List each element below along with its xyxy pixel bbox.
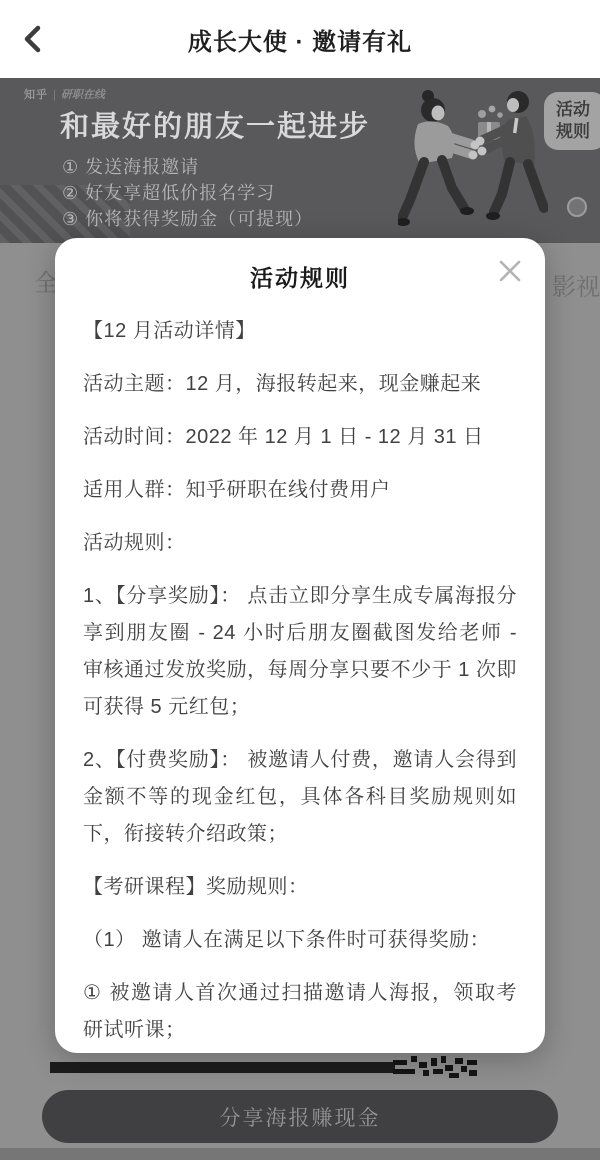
page-title: 成长大使 · 邀请有礼 [0,22,600,57]
close-icon[interactable] [497,258,523,284]
rules-paragraph: 【考研课程】奖励规则： [83,869,517,906]
banner-step-3: ③ 你将获得奖励金（可提现） [62,206,313,232]
logo-divider: | [53,89,56,101]
coin-icon [567,197,587,217]
product-logo: 研职在线 [61,89,105,101]
app-screen: 成长大使 · 邀请有礼 知乎|研职在线 和最好的朋友一起进步 ① 发送海报邀请 … [0,0,600,1160]
rules-paragraph: （1） 邀请人在满足以下条件时可获得奖励： [83,922,517,959]
rules-paragraph: 2、【付费奖励】： 被邀请人付费，邀请人会得到金额不等的现金红包，具体各科目奖励… [83,742,517,853]
bottom-band [0,1148,600,1160]
banner-step-1: ① 发送海报邀请 [62,154,313,180]
tab-video-editing[interactable]: 影视后期 [552,267,600,302]
banner-step-2: ② 好友享超低价报名学习 [62,180,313,206]
rules-paragraph: 适用人群：知乎研职在线付费用户 [83,472,517,509]
banner-illustration [398,80,548,240]
poster-edge-strip [50,1062,395,1073]
rules-paragraph: 活动规则： [83,525,517,562]
banner-steps: ① 发送海报邀请 ② 好友享超低价报名学习 ③ 你将获得奖励金（可提现） [62,154,313,232]
rules-paragraph: ① 被邀请人首次通过扫描邀请人海报，领取考研试听课； [83,975,517,1049]
rules-paragraph: 活动时间：2022 年 12 月 1 日 - 12 月 31 日 [83,419,517,456]
modal-body: 【12 月活动详情】 活动主题：12 月，海报转起来，现金赚起来 活动时间：20… [83,313,517,1049]
rules-paragraph: 1、【分享奖励】： 点击立即分享生成专属海报分享到朋友圈 - 24 小时后朋友圈… [83,578,517,726]
promo-banner: 知乎|研职在线 和最好的朋友一起进步 ① 发送海报邀请 ② 好友享超低价报名学习… [0,78,600,243]
banner-title: 和最好的朋友一起进步 [60,104,370,145]
zhihu-logo: 知乎 [24,89,48,101]
activity-rules-badge[interactable]: 活动规则 [544,92,600,150]
app-header: 成长大使 · 邀请有礼 [0,0,600,78]
brand-logo: 知乎|研职在线 [24,86,105,102]
rules-modal: 活动规则 【12 月活动详情】 活动主题：12 月，海报转起来，现金赚起来 活动… [55,238,545,1053]
rules-paragraph: 【12 月活动详情】 [83,313,517,350]
qr-code-fragment [393,1056,477,1080]
modal-title: 活动规则 [83,260,517,293]
rules-paragraph: 活动主题：12 月，海报转起来，现金赚起来 [83,366,517,403]
share-poster-button[interactable]: 分享海报赚现金 [42,1090,558,1143]
